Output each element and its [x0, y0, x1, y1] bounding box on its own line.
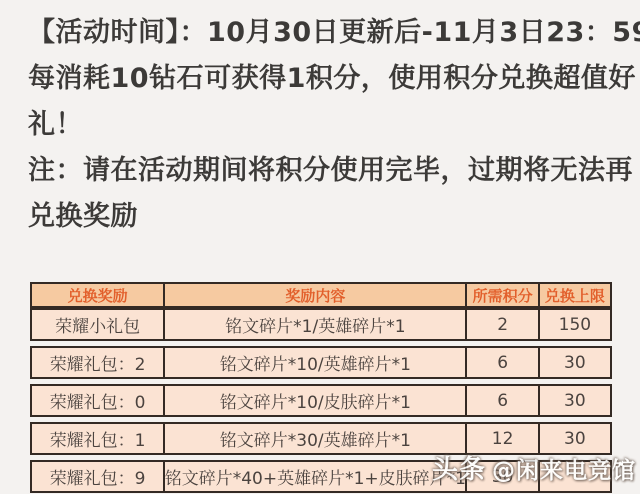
points-needed: 6: [465, 348, 537, 377]
activity-description: 【活动时间】：10月30日更新后-11月3日23：59 每消耗10钻石可获得1积…: [28, 10, 630, 240]
page: 【活动时间】：10月30日更新后-11月3日23：59 每消耗10钻石可获得1积…: [0, 0, 640, 494]
reward-name: 荣耀礼包：1: [32, 424, 163, 453]
reward-content: 铭文碎片*30/英雄碎片*1: [163, 424, 465, 453]
exchange-limit: 30: [538, 348, 610, 377]
note-line-2: 兑换奖励: [28, 194, 630, 240]
table-row: 荣耀礼包：0 铭文碎片*10/皮肤碎片*1 6 30: [30, 384, 612, 417]
watermark: 头条@闲来电竞馆: [432, 449, 636, 486]
col-header-points-needed: 所需积分: [465, 284, 537, 306]
reward-name: 荣耀礼包：2: [32, 348, 163, 377]
reward-content: 铭文碎片*10/皮肤碎片*1: [163, 386, 465, 415]
activity-time-line: 【活动时间】：10月30日更新后-11月3日23：59: [28, 10, 630, 56]
exchange-limit: 30: [538, 386, 610, 415]
reward-name: 荣耀小礼包: [32, 310, 163, 339]
col-header-exchange-reward: 兑换奖励: [32, 284, 163, 306]
toutiao-logo-text: 头条: [432, 455, 486, 485]
col-header-reward-content: 奖励内容: [163, 284, 465, 306]
rule-line-1: 每消耗10钻石可获得1积分，使用积分兑换超值好: [28, 56, 630, 102]
table-row: 荣耀礼包：2 铭文碎片*10/英雄碎片*1 6 30: [30, 346, 612, 379]
table-row: 荣耀小礼包 铭文碎片*1/英雄碎片*1 2 150: [30, 308, 612, 341]
rule-line-2: 礼！: [28, 102, 630, 148]
reward-content: 铭文碎片*10/英雄碎片*1: [163, 348, 465, 377]
reward-content: 铭文碎片*40+英雄碎片*1+皮肤碎片*1: [163, 462, 465, 491]
note-line-1: 注：请在活动期间将积分使用完毕，过期将无法再: [28, 148, 630, 194]
reward-name: 荣耀礼包：0: [32, 386, 163, 415]
exchange-limit: 150: [538, 310, 610, 339]
points-needed: 2: [465, 310, 537, 339]
reward-name: 荣耀礼包：9: [32, 462, 163, 491]
reward-content: 铭文碎片*1/英雄碎片*1: [163, 310, 465, 339]
points-needed: 6: [465, 386, 537, 415]
col-header-exchange-limit: 兑换上限: [538, 284, 610, 306]
table-header-row: 兑换奖励 奖励内容 所需积分 兑换上限: [30, 282, 612, 308]
watermark-account-name: @闲来电竞馆: [492, 458, 636, 484]
